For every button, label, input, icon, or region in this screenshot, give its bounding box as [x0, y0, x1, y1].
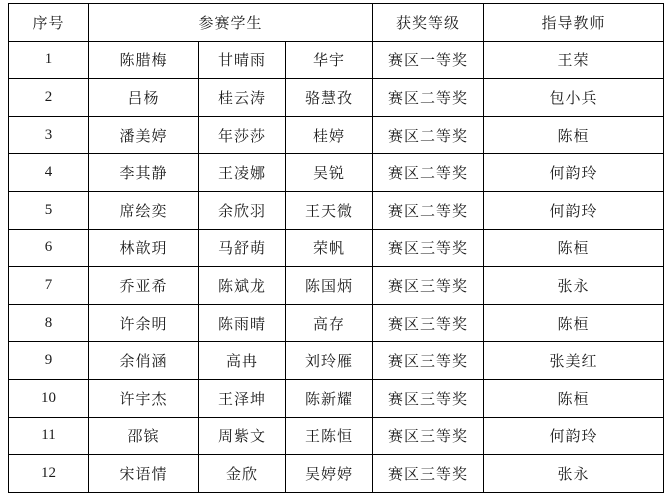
advisor-name: 包小兵 — [484, 79, 664, 117]
header-award: 获奖等级 — [373, 4, 484, 42]
row-index: 4 — [9, 154, 89, 192]
table-row: 4 李其静 王凌娜 吴锐 赛区二等奖 何韵玲 — [9, 154, 664, 192]
student-name: 余欣羽 — [199, 191, 286, 229]
advisor-name: 陈桓 — [484, 379, 664, 417]
row-index: 6 — [9, 229, 89, 267]
student-name: 陈腊梅 — [89, 41, 199, 79]
student-name: 吴婷婷 — [286, 455, 373, 493]
student-name: 王天微 — [286, 191, 373, 229]
student-name: 余俏涵 — [89, 342, 199, 380]
header-index: 序号 — [9, 4, 89, 42]
award-level: 赛区二等奖 — [373, 191, 484, 229]
header-advisor: 指导教师 — [484, 4, 664, 42]
student-name: 金欣 — [199, 455, 286, 493]
award-table: 序号 参赛学生 获奖等级 指导教师 1 陈腊梅 甘晴雨 华宇 赛区一等奖 王荣 … — [8, 3, 664, 493]
award-level: 赛区一等奖 — [373, 41, 484, 79]
award-level: 赛区二等奖 — [373, 154, 484, 192]
advisor-name: 何韵玲 — [484, 191, 664, 229]
row-index: 2 — [9, 79, 89, 117]
award-level: 赛区三等奖 — [373, 379, 484, 417]
row-index: 12 — [9, 455, 89, 493]
student-name: 桂云涛 — [199, 79, 286, 117]
advisor-name: 张永 — [484, 455, 664, 493]
advisor-name: 陈桓 — [484, 116, 664, 154]
student-name: 王陈恒 — [286, 417, 373, 455]
award-level: 赛区二等奖 — [373, 79, 484, 117]
student-name: 陈新耀 — [286, 379, 373, 417]
row-index: 11 — [9, 417, 89, 455]
advisor-name: 张永 — [484, 267, 664, 305]
student-name: 乔亚希 — [89, 267, 199, 305]
student-name: 桂婷 — [286, 116, 373, 154]
student-name: 宋语情 — [89, 455, 199, 493]
student-name: 刘玲雁 — [286, 342, 373, 380]
table-row: 6 林歆玥 马舒萌 荣帆 赛区三等奖 陈桓 — [9, 229, 664, 267]
table-row: 3 潘美婷 年莎莎 桂婷 赛区二等奖 陈桓 — [9, 116, 664, 154]
student-name: 华宇 — [286, 41, 373, 79]
student-name: 陈斌龙 — [199, 267, 286, 305]
advisor-name: 王荣 — [484, 41, 664, 79]
table-row: 8 许余明 陈雨晴 高存 赛区三等奖 陈桓 — [9, 304, 664, 342]
student-name: 马舒萌 — [199, 229, 286, 267]
row-index: 8 — [9, 304, 89, 342]
header-students: 参赛学生 — [89, 4, 373, 42]
award-level: 赛区三等奖 — [373, 304, 484, 342]
student-name: 许宇杰 — [89, 379, 199, 417]
award-level: 赛区三等奖 — [373, 342, 484, 380]
student-name: 许余明 — [89, 304, 199, 342]
student-name: 王凌娜 — [199, 154, 286, 192]
table-row: 12 宋语情 金欣 吴婷婷 赛区三等奖 张永 — [9, 455, 664, 493]
student-name: 邵镔 — [89, 417, 199, 455]
advisor-name: 陈桓 — [484, 229, 664, 267]
student-name: 吴锐 — [286, 154, 373, 192]
header-row: 序号 参赛学生 获奖等级 指导教师 — [9, 4, 664, 42]
student-name: 高冉 — [199, 342, 286, 380]
award-level: 赛区三等奖 — [373, 417, 484, 455]
row-index: 3 — [9, 116, 89, 154]
student-name: 陈国炳 — [286, 267, 373, 305]
row-index: 9 — [9, 342, 89, 380]
row-index: 10 — [9, 379, 89, 417]
student-name: 骆慧孜 — [286, 79, 373, 117]
student-name: 李其静 — [89, 154, 199, 192]
row-index: 7 — [9, 267, 89, 305]
advisor-name: 张美红 — [484, 342, 664, 380]
student-name: 林歆玥 — [89, 229, 199, 267]
advisor-name: 陈桓 — [484, 304, 664, 342]
table-row: 11 邵镔 周紫文 王陈恒 赛区三等奖 何韵玲 — [9, 417, 664, 455]
student-name: 甘晴雨 — [199, 41, 286, 79]
student-name: 周紫文 — [199, 417, 286, 455]
award-level: 赛区三等奖 — [373, 267, 484, 305]
award-level: 赛区三等奖 — [373, 229, 484, 267]
student-name: 陈雨晴 — [199, 304, 286, 342]
award-level: 赛区三等奖 — [373, 455, 484, 493]
advisor-name: 何韵玲 — [484, 417, 664, 455]
student-name: 吕杨 — [89, 79, 199, 117]
student-name: 席绘奕 — [89, 191, 199, 229]
student-name: 王泽坤 — [199, 379, 286, 417]
award-level: 赛区二等奖 — [373, 116, 484, 154]
table-row: 10 许宇杰 王泽坤 陈新耀 赛区三等奖 陈桓 — [9, 379, 664, 417]
student-name: 年莎莎 — [199, 116, 286, 154]
table-row: 5 席绘奕 余欣羽 王天微 赛区二等奖 何韵玲 — [9, 191, 664, 229]
student-name: 高存 — [286, 304, 373, 342]
award-table-container: 序号 参赛学生 获奖等级 指导教师 1 陈腊梅 甘晴雨 华宇 赛区一等奖 王荣 … — [8, 3, 664, 493]
table-row: 7 乔亚希 陈斌龙 陈国炳 赛区三等奖 张永 — [9, 267, 664, 305]
row-index: 1 — [9, 41, 89, 79]
student-name: 潘美婷 — [89, 116, 199, 154]
table-row: 9 余俏涵 高冉 刘玲雁 赛区三等奖 张美红 — [9, 342, 664, 380]
table-row: 2 吕杨 桂云涛 骆慧孜 赛区二等奖 包小兵 — [9, 79, 664, 117]
student-name: 荣帆 — [286, 229, 373, 267]
advisor-name: 何韵玲 — [484, 154, 664, 192]
row-index: 5 — [9, 191, 89, 229]
table-row: 1 陈腊梅 甘晴雨 华宇 赛区一等奖 王荣 — [9, 41, 664, 79]
